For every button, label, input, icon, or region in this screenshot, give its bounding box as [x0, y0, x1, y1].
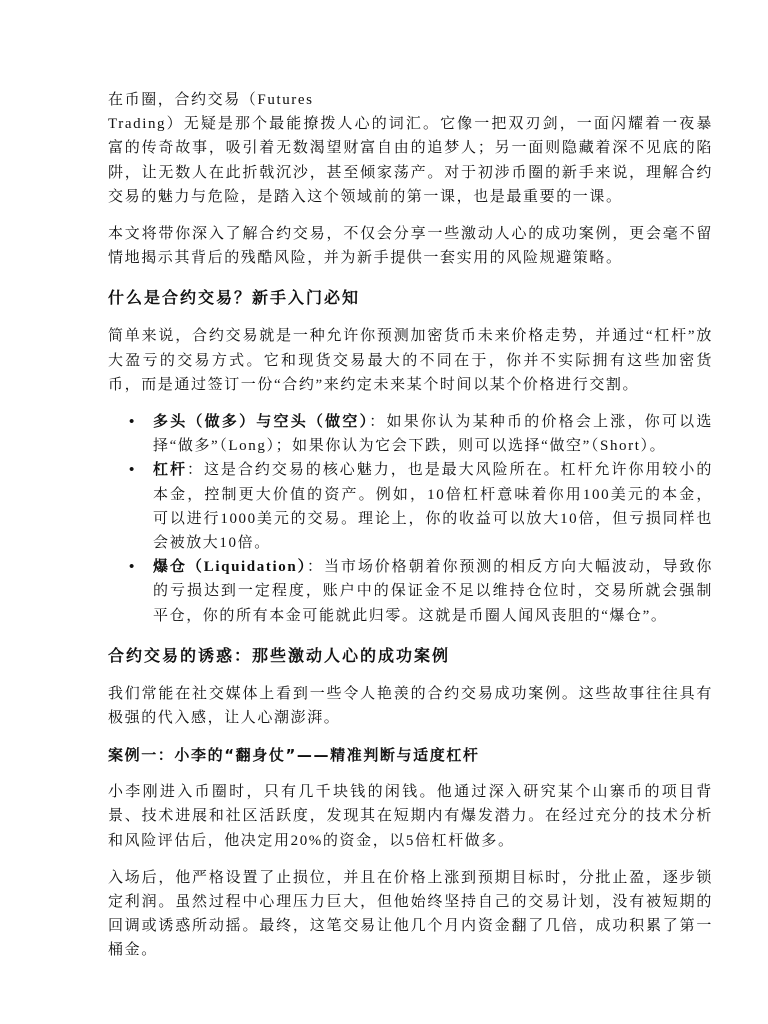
- overview-paragraph: 本文将带你深入了解合约交易，不仅会分享一些激动人心的成功案例，更会毫不留情地揭示…: [108, 222, 713, 270]
- intro-paragraph: 在币圈，合约交易（FuturesTrading）无疑是那个最能撩拨人心的词汇。它…: [108, 88, 713, 209]
- list-item-leverage: •杠杆：这是合约交易的核心魅力，也是最大风险所在。杠杆允许你用较小的本金，控制更…: [108, 458, 713, 555]
- bullet-icon: •: [129, 555, 136, 579]
- success-cases-intro: 我们常能在社交媒体上看到一些令人艳羡的合约交易成功案例。这些故事往往具有极强的代…: [108, 682, 713, 730]
- article-body: 在币圈，合约交易（FuturesTrading）无疑是那个最能撩拨人心的词汇。它…: [108, 88, 713, 963]
- bullet-icon: •: [129, 458, 136, 482]
- intro-rest: Trading）无疑是那个最能撩拨人心的词汇。它像一把双刃剑，一面闪耀着一夜暴富…: [108, 116, 713, 205]
- bullet-icon: •: [129, 410, 136, 434]
- intro-first-line: 在币圈，合约交易（Futures: [108, 92, 314, 108]
- section-heading-what-is-futures: 什么是合约交易？新手入门必知: [108, 286, 713, 310]
- list-item-long-short: •多头（做多）与空头（做空）：如果你认为某种币的价格会上涨，你可以选择“做多”（…: [108, 410, 713, 458]
- key-concepts-list: •多头（做多）与空头（做空）：如果你认为某种币的价格会上涨，你可以选择“做多”（…: [108, 410, 713, 628]
- term-leverage: 杠杆: [153, 462, 187, 478]
- case-one-paragraph-1: 小李刚进入币圈时，只有几千块钱的闲钱。他通过深入研究某个山寨币的项目背景、技术进…: [108, 780, 713, 853]
- definition-paragraph: 简单来说，合约交易就是一种允许你预测加密货币未来价格走势，并通过“杠杆”放大盈亏…: [108, 324, 713, 397]
- term-long-short: 多头（做多）与空头（做空）: [153, 414, 369, 430]
- case-one-paragraph-2: 入场后，他严格设置了止损位，并且在价格上涨到预期目标时，分批止盈，逐步锁定利润。…: [108, 866, 713, 963]
- list-item-liquidation: •爆仓（Liquidation）：当市场价格朝着你预测的相反方向大幅波动，导致你…: [108, 555, 713, 628]
- section-heading-success-cases: 合约交易的诱惑：那些激动人心的成功案例: [108, 644, 713, 668]
- definition-leverage: ：这是合约交易的核心魅力，也是最大风险所在。杠杆允许你用较小的本金，控制更大价值…: [153, 462, 713, 551]
- term-liquidation: 爆仓（Liquidation）: [153, 559, 307, 575]
- case-one-heading: 案例一：小李的“翻身仗”——精准判断与适度杠杆: [108, 743, 713, 767]
